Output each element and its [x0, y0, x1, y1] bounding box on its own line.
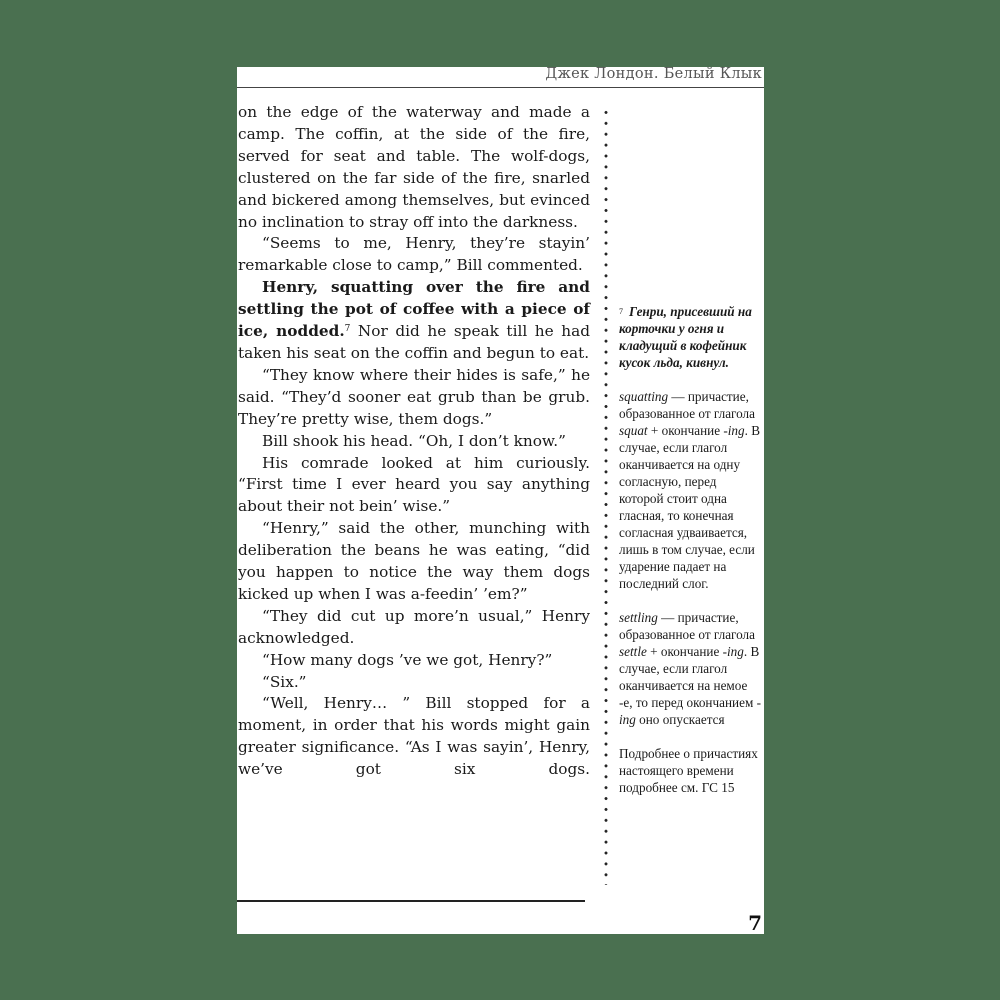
term: squatting [619, 389, 668, 404]
term: settling [619, 610, 658, 625]
translation-text: Генри, присевший на корточки у огня и кл… [619, 304, 752, 370]
note-text: + окончание [648, 423, 724, 438]
page-number: 7 [748, 911, 762, 935]
footnote-reference[interactable]: 7 [345, 324, 351, 334]
paragraph: “They did cut up more’n usual,” Henry ac… [238, 606, 590, 650]
paragraph: “Seems to me, Henry, they’re stayin’ rem… [238, 233, 590, 277]
note-text: + окончание [647, 644, 723, 659]
verb: squat [619, 423, 648, 438]
footer-rule [237, 900, 585, 902]
suffix: -ing [723, 644, 744, 659]
paragraph: “They know where their hides is safe,” h… [238, 365, 590, 431]
margin-notes-column: 7Генри, присевший на корточки у огня и к… [619, 303, 764, 796]
paragraph-with-footnote: Henry, squatting over the fire and settl… [238, 277, 590, 365]
grammar-note-squatting: squatting — причастие, образованное от г… [619, 388, 764, 592]
grammar-reference: Подробнее о причастиях настоящего времен… [619, 745, 764, 796]
paragraph: Bill shook his head. “Oh, I don’t know.” [238, 431, 590, 453]
main-text-column: on the edge of the waterway and made a c… [238, 102, 590, 781]
header-rule [237, 87, 764, 88]
paragraph: “Henry,” said the other, munching with d… [238, 518, 590, 606]
grammar-note-settling: settling — причастие, образованное от гл… [619, 609, 764, 728]
suffix: -ing [723, 423, 744, 438]
dotted-column-separator [604, 107, 608, 885]
paragraph: His comrade looked at him curiously. “Fi… [238, 453, 590, 519]
paragraph: “How many dogs ’ve we got, Henry?” [238, 650, 590, 672]
footnote-number: 7 [619, 307, 623, 316]
footnote-translation: 7Генри, присевший на корточки у огня и к… [619, 303, 764, 371]
paragraph: “Six.” [238, 672, 590, 694]
paragraph: on the edge of the waterway and made a c… [238, 102, 590, 233]
note-text: . В случае, если глагол оканчивается на … [619, 423, 760, 591]
note-text: оно опускается [636, 712, 725, 727]
paragraph: “Well, Henry… ” Bill stopped for a momen… [238, 693, 590, 781]
book-page: Джек Лондон. Белый Клык on the edge of t… [237, 67, 764, 934]
running-title: Джек Лондон. Белый Клык [545, 66, 762, 82]
verb: settle [619, 644, 647, 659]
